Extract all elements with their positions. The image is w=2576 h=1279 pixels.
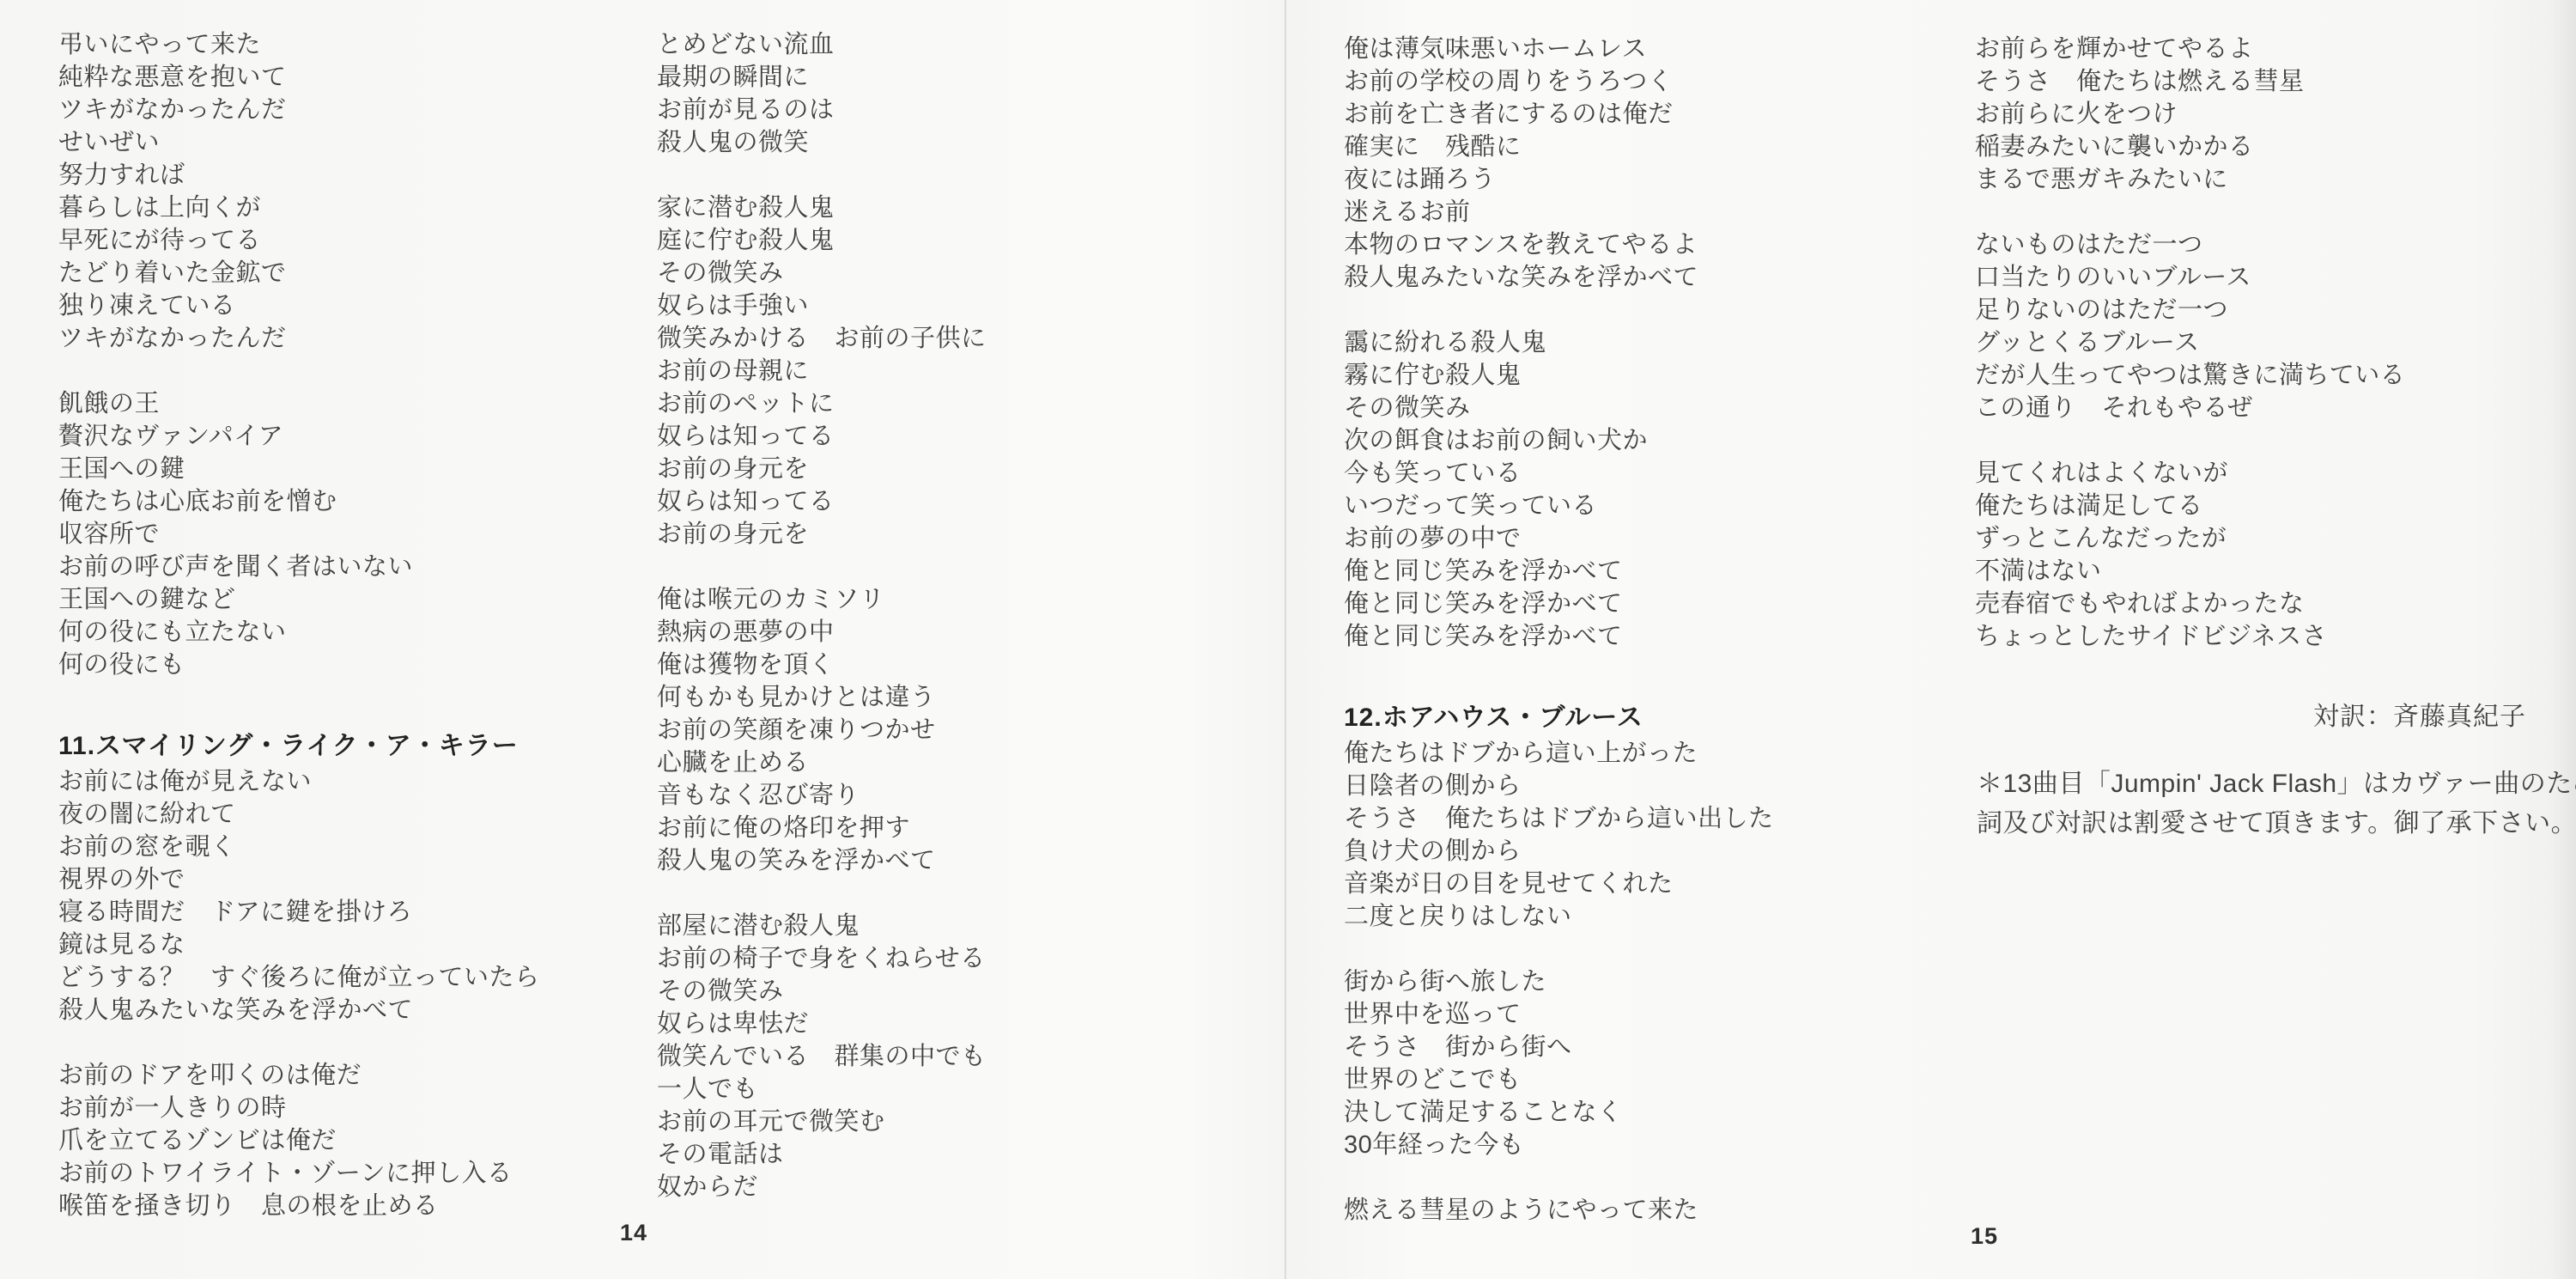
lyric-line: 奴らは知ってる: [657, 420, 987, 453]
lyric-line: だが人生ってやつは驚きに満ちている: [1975, 359, 2405, 392]
lyric-line: 殺人鬼の微笑: [657, 126, 987, 159]
song-title-heading: 11.スマイリング・ライク・ア・キラー: [58, 728, 540, 765]
lyric-line: 奴らは知ってる: [657, 485, 987, 518]
lyric-line: 売春宿でもやればよかったな: [1975, 588, 2405, 620]
stanza: 11.スマイリング・ライク・ア・キラーお前には俺が見えない夜の闇に紛れてお前の窓…: [58, 728, 540, 1026]
lyric-line: 微笑んでいる 群集の中でも: [657, 1040, 987, 1073]
lyric-line: お前の耳元で微笑む: [657, 1105, 987, 1138]
lyric-line: どうする？ すぐ後ろに俺が立っていたら: [58, 961, 540, 994]
lyric-line: お前の呼び声を聞く者はいない: [58, 551, 540, 583]
lyric-line: お前の窓を覗く: [58, 831, 540, 863]
lyric-line: まるで悪ガキみたいに: [1975, 163, 2405, 196]
lyric-line: 足りないのはただ一つ: [1975, 294, 2405, 326]
page15-column-2: お前らを輝かせてやるよそうさ 俺たちは燃える彗星お前らに火をつけ稲妻みたいに襲い…: [1975, 33, 2405, 685]
page-gutter-divider: [1285, 0, 1286, 1279]
lyric-line: お前のペットに: [657, 387, 987, 420]
lyric-line: 世界のどこでも: [1344, 1063, 1774, 1096]
lyric-line: 負け犬の側から: [1344, 835, 1774, 868]
lyric-line: 何の役にも: [58, 649, 540, 681]
lyric-line: お前には俺が見えない: [58, 765, 540, 798]
stanza: ないものはただ一つ口当たりのいいブルース足りないのはただ一つグッとくるブルースだ…: [1975, 228, 2405, 424]
lyric-line: 燃える彗星のようにやって来た: [1344, 1194, 1774, 1227]
lyric-line: 最期の瞬間に: [657, 61, 987, 94]
lyric-line: お前の母親に: [657, 355, 987, 387]
lyric-line: 贅沢なヴァンパイア: [58, 420, 540, 453]
stanza: 見てくれはよくないが俺たちは満足してるずっとこんなだったが不満はない売春宿でもや…: [1975, 457, 2405, 653]
lyric-line: 視界の外で: [58, 863, 540, 896]
lyric-line: 俺と同じ笑みを浮かべて: [1344, 588, 1774, 620]
booklet-spread: 弔いにやって来た純粋な悪意を抱いてツキがなかったんだせいぜい努力すれば暮らしは上…: [0, 0, 2576, 1279]
page14-column-1: 弔いにやって来た純粋な悪意を抱いてツキがなかったんだせいぜい努力すれば暮らしは上…: [58, 28, 540, 1255]
stanza: 飢餓の王贅沢なヴァンパイア王国への鍵俺たちは心底お前を憎む収容所でお前の呼び声を…: [58, 387, 540, 681]
lyric-line: 喉笛を掻き切り 息の根を止める: [58, 1190, 540, 1222]
note-line: ＊13曲目「Jumpin' Jack Flash」はカヴァー曲のため、歌: [1977, 764, 2576, 804]
lyric-line: 庭に佇む殺人鬼: [657, 224, 987, 257]
cover-song-note: ＊13曲目「Jumpin' Jack Flash」はカヴァー曲のため、歌詞及び対…: [1977, 764, 2576, 844]
lyric-line: 靄に紛れる殺人鬼: [1344, 326, 1774, 359]
lyric-line: そうさ 俺たちはドブから這い出した: [1344, 802, 1774, 835]
lyric-line: 俺は獲物を頂く: [657, 649, 987, 681]
lyric-line: ないものはただ一つ: [1975, 228, 2405, 261]
page-number-14: 14: [604, 1220, 664, 1246]
lyric-line: 音もなく忍び寄り: [657, 779, 987, 812]
lyric-line: 飢餓の王: [58, 387, 540, 420]
lyric-line: 決して満足することなく: [1344, 1096, 1774, 1129]
lyric-line: 努力すれば: [58, 159, 540, 192]
lyric-line: 暮らしは上向くが: [58, 192, 540, 224]
stanza: 12.ホアハウス・ブルース俺たちはドブから這い上がった日陰者の側からそうさ 俺た…: [1344, 699, 1774, 933]
stanza: 俺は薄気味悪いホームレスお前の学校の周りをうろつくお前を亡き者にするのは俺だ確実…: [1344, 33, 1774, 294]
lyric-line: 世界中を巡って: [1344, 998, 1774, 1031]
lyric-line: 俺たちは満足してる: [1975, 490, 2405, 522]
lyric-line: お前のトワイライト・ゾーンに押し入る: [58, 1157, 540, 1190]
lyric-line: 確実に 残酷に: [1344, 131, 1774, 163]
lyric-line: 俺は薄気味悪いホームレス: [1344, 33, 1774, 65]
stanza: お前のドアを叩くのは俺だお前が一人きりの時爪を立てるゾンビは俺だお前のトワイライ…: [58, 1059, 540, 1222]
page-number-15: 15: [1954, 1223, 2014, 1250]
lyric-line: その微笑み: [1344, 392, 1774, 424]
lyric-line: 独り凍えている: [58, 289, 540, 322]
lyric-line: そうさ 街から街へ: [1344, 1031, 1774, 1063]
lyric-line: お前の身元を: [657, 518, 987, 551]
lyric-line: 鏡は見るな: [58, 929, 540, 961]
lyric-line: ずっとこんなだったが: [1975, 522, 2405, 555]
lyric-line: 稲妻みたいに襲いかかる: [1975, 131, 2405, 163]
lyric-line: お前を亡き者にするのは俺だ: [1344, 98, 1774, 131]
lyric-line: 王国への鍵など: [58, 583, 540, 616]
stanza: 部屋に潜む殺人鬼お前の椅子で身をくねらせるその微笑み奴らは卑怯だ微笑んでいる 群…: [657, 910, 987, 1203]
stanza: 街から街へ旅した世界中を巡ってそうさ 街から街へ世界のどこでも決して満足すること…: [1344, 965, 1774, 1161]
lyric-line: この通り それもやるぜ: [1975, 392, 2405, 424]
lyric-line: その微笑み: [657, 975, 987, 1008]
stanza: 靄に紛れる殺人鬼霧に佇む殺人鬼その微笑み次の餌食はお前の飼い犬か今も笑っているい…: [1344, 326, 1774, 653]
stanza: とめどない流血最期の瞬間にお前が見るのは殺人鬼の微笑: [657, 28, 987, 159]
lyric-line: 収容所で: [58, 518, 540, 551]
lyric-line: 二度と戻りはしない: [1344, 900, 1774, 933]
lyric-line: 熱病の悪夢の中: [657, 616, 987, 649]
song-title-heading: 12.ホアハウス・ブルース: [1344, 699, 1774, 737]
lyric-line: 不満はない: [1975, 555, 2405, 588]
page15-column-1: 俺は薄気味悪いホームレスお前の学校の周りをうろつくお前を亡き者にするのは俺だ確実…: [1344, 33, 1774, 1259]
lyric-line: お前が一人きりの時: [58, 1092, 540, 1124]
lyric-line: その電話は: [657, 1138, 987, 1171]
lyric-line: せいぜい: [58, 126, 540, 159]
lyric-line: ツキがなかったんだ: [58, 322, 540, 355]
stanza: 俺は喉元のカミソリ熱病の悪夢の中俺は獲物を頂く何もかも見かけとは違うお前の笑顔を…: [657, 583, 987, 877]
lyric-line: 俺と同じ笑みを浮かべて: [1344, 620, 1774, 653]
lyric-line: 心臓を止める: [657, 746, 987, 779]
lyric-line: たどり着いた金鉱で: [58, 257, 540, 289]
translator-credit: 対訳：斉藤真紀子: [2313, 701, 2526, 734]
lyric-line: その微笑み: [657, 257, 987, 289]
lyric-line: 迷えるお前: [1344, 196, 1774, 228]
page14-column-2: とめどない流血最期の瞬間にお前が見るのは殺人鬼の微笑家に潜む殺人鬼庭に佇む殺人鬼…: [657, 28, 987, 1236]
lyric-line: 純粋な悪意を抱いて: [58, 61, 540, 94]
lyric-line: お前らを輝かせてやるよ: [1975, 33, 2405, 65]
lyric-line: ツキがなかったんだ: [58, 94, 540, 126]
lyric-line: 家に潜む殺人鬼: [657, 192, 987, 224]
stanza: 燃える彗星のようにやって来た: [1344, 1194, 1774, 1227]
lyric-line: グッとくるブルース: [1975, 326, 2405, 359]
stanza: お前らを輝かせてやるよそうさ 俺たちは燃える彗星お前らに火をつけ稲妻みたいに襲い…: [1975, 33, 2405, 196]
lyric-line: 殺人鬼みたいな笑みを浮かべて: [58, 994, 540, 1026]
lyric-line: 奴らは卑怯だ: [657, 1008, 987, 1040]
lyric-line: お前に俺の烙印を押す: [657, 812, 987, 844]
stanza: 弔いにやって来た純粋な悪意を抱いてツキがなかったんだせいぜい努力すれば暮らしは上…: [58, 28, 540, 355]
lyric-line: 一人でも: [657, 1073, 987, 1105]
lyric-line: 殺人鬼みたいな笑みを浮かべて: [1344, 261, 1774, 294]
lyric-line: 俺と同じ笑みを浮かべて: [1344, 555, 1774, 588]
lyric-line: お前らに火をつけ: [1975, 98, 2405, 131]
lyric-line: 日陰者の側から: [1344, 770, 1774, 802]
lyric-line: お前の夢の中で: [1344, 522, 1774, 555]
lyric-line: お前の学校の周りをうろつく: [1344, 65, 1774, 98]
stanza: 家に潜む殺人鬼庭に佇む殺人鬼その微笑み奴らは手強い微笑みかける お前の子供にお前…: [657, 192, 987, 551]
lyric-line: お前の笑顔を凍りつかせ: [657, 714, 987, 746]
lyric-line: 夜には踊ろう: [1344, 163, 1774, 196]
lyric-line: 爪を立てるゾンビは俺だ: [58, 1124, 540, 1157]
lyric-line: 奴らは手強い: [657, 289, 987, 322]
lyric-line: 夜の闇に紛れて: [58, 798, 540, 831]
lyric-line: ちょっとしたサイドビジネスさ: [1975, 620, 2405, 653]
lyric-line: 早死にが待ってる: [58, 224, 540, 257]
lyric-line: 俺たちはドブから這い上がった: [1344, 737, 1774, 770]
lyric-line: お前のドアを叩くのは俺だ: [58, 1059, 540, 1092]
lyric-line: 見てくれはよくないが: [1975, 457, 2405, 490]
lyric-line: 王国への鍵: [58, 453, 540, 485]
lyric-line: 霧に佇む殺人鬼: [1344, 359, 1774, 392]
note-line: 詞及び対訳は割愛させて頂きます。御了承下さい。: [1977, 804, 2576, 844]
lyric-line: 今も笑っている: [1344, 457, 1774, 490]
lyric-line: 弔いにやって来た: [58, 28, 540, 61]
lyric-line: 何の役にも立たない: [58, 616, 540, 649]
lyric-line: 奴からだ: [657, 1171, 987, 1203]
lyric-line: お前の身元を: [657, 453, 987, 485]
lyric-line: 音楽が日の目を見せてくれた: [1344, 868, 1774, 900]
page-edge-shade: [2552, 0, 2576, 1279]
lyric-line: 殺人鬼の笑みを浮かべて: [657, 844, 987, 877]
lyric-line: 本物のロマンスを教えてやるよ: [1344, 228, 1774, 261]
lyric-line: とめどない流血: [657, 28, 987, 61]
lyric-line: 何もかも見かけとは違う: [657, 681, 987, 714]
lyric-line: 次の餌食はお前の飼い犬か: [1344, 424, 1774, 457]
lyric-line: 俺たちは心底お前を憎む: [58, 485, 540, 518]
lyric-line: お前が見るのは: [657, 94, 987, 126]
lyric-line: お前の椅子で身をくねらせる: [657, 942, 987, 975]
lyric-line: 口当たりのいいブルース: [1975, 261, 2405, 294]
lyric-line: 30年経った今も: [1344, 1129, 1774, 1161]
lyric-line: そうさ 俺たちは燃える彗星: [1975, 65, 2405, 98]
lyric-line: 部屋に潜む殺人鬼: [657, 910, 987, 942]
lyric-line: いつだって笑っている: [1344, 490, 1774, 522]
lyric-line: 俺は喉元のカミソリ: [657, 583, 987, 616]
lyric-line: 微笑みかける お前の子供に: [657, 322, 987, 355]
lyric-line: 寝る時間だ ドアに鍵を掛けろ: [58, 896, 540, 929]
lyric-line: 街から街へ旅した: [1344, 965, 1774, 998]
